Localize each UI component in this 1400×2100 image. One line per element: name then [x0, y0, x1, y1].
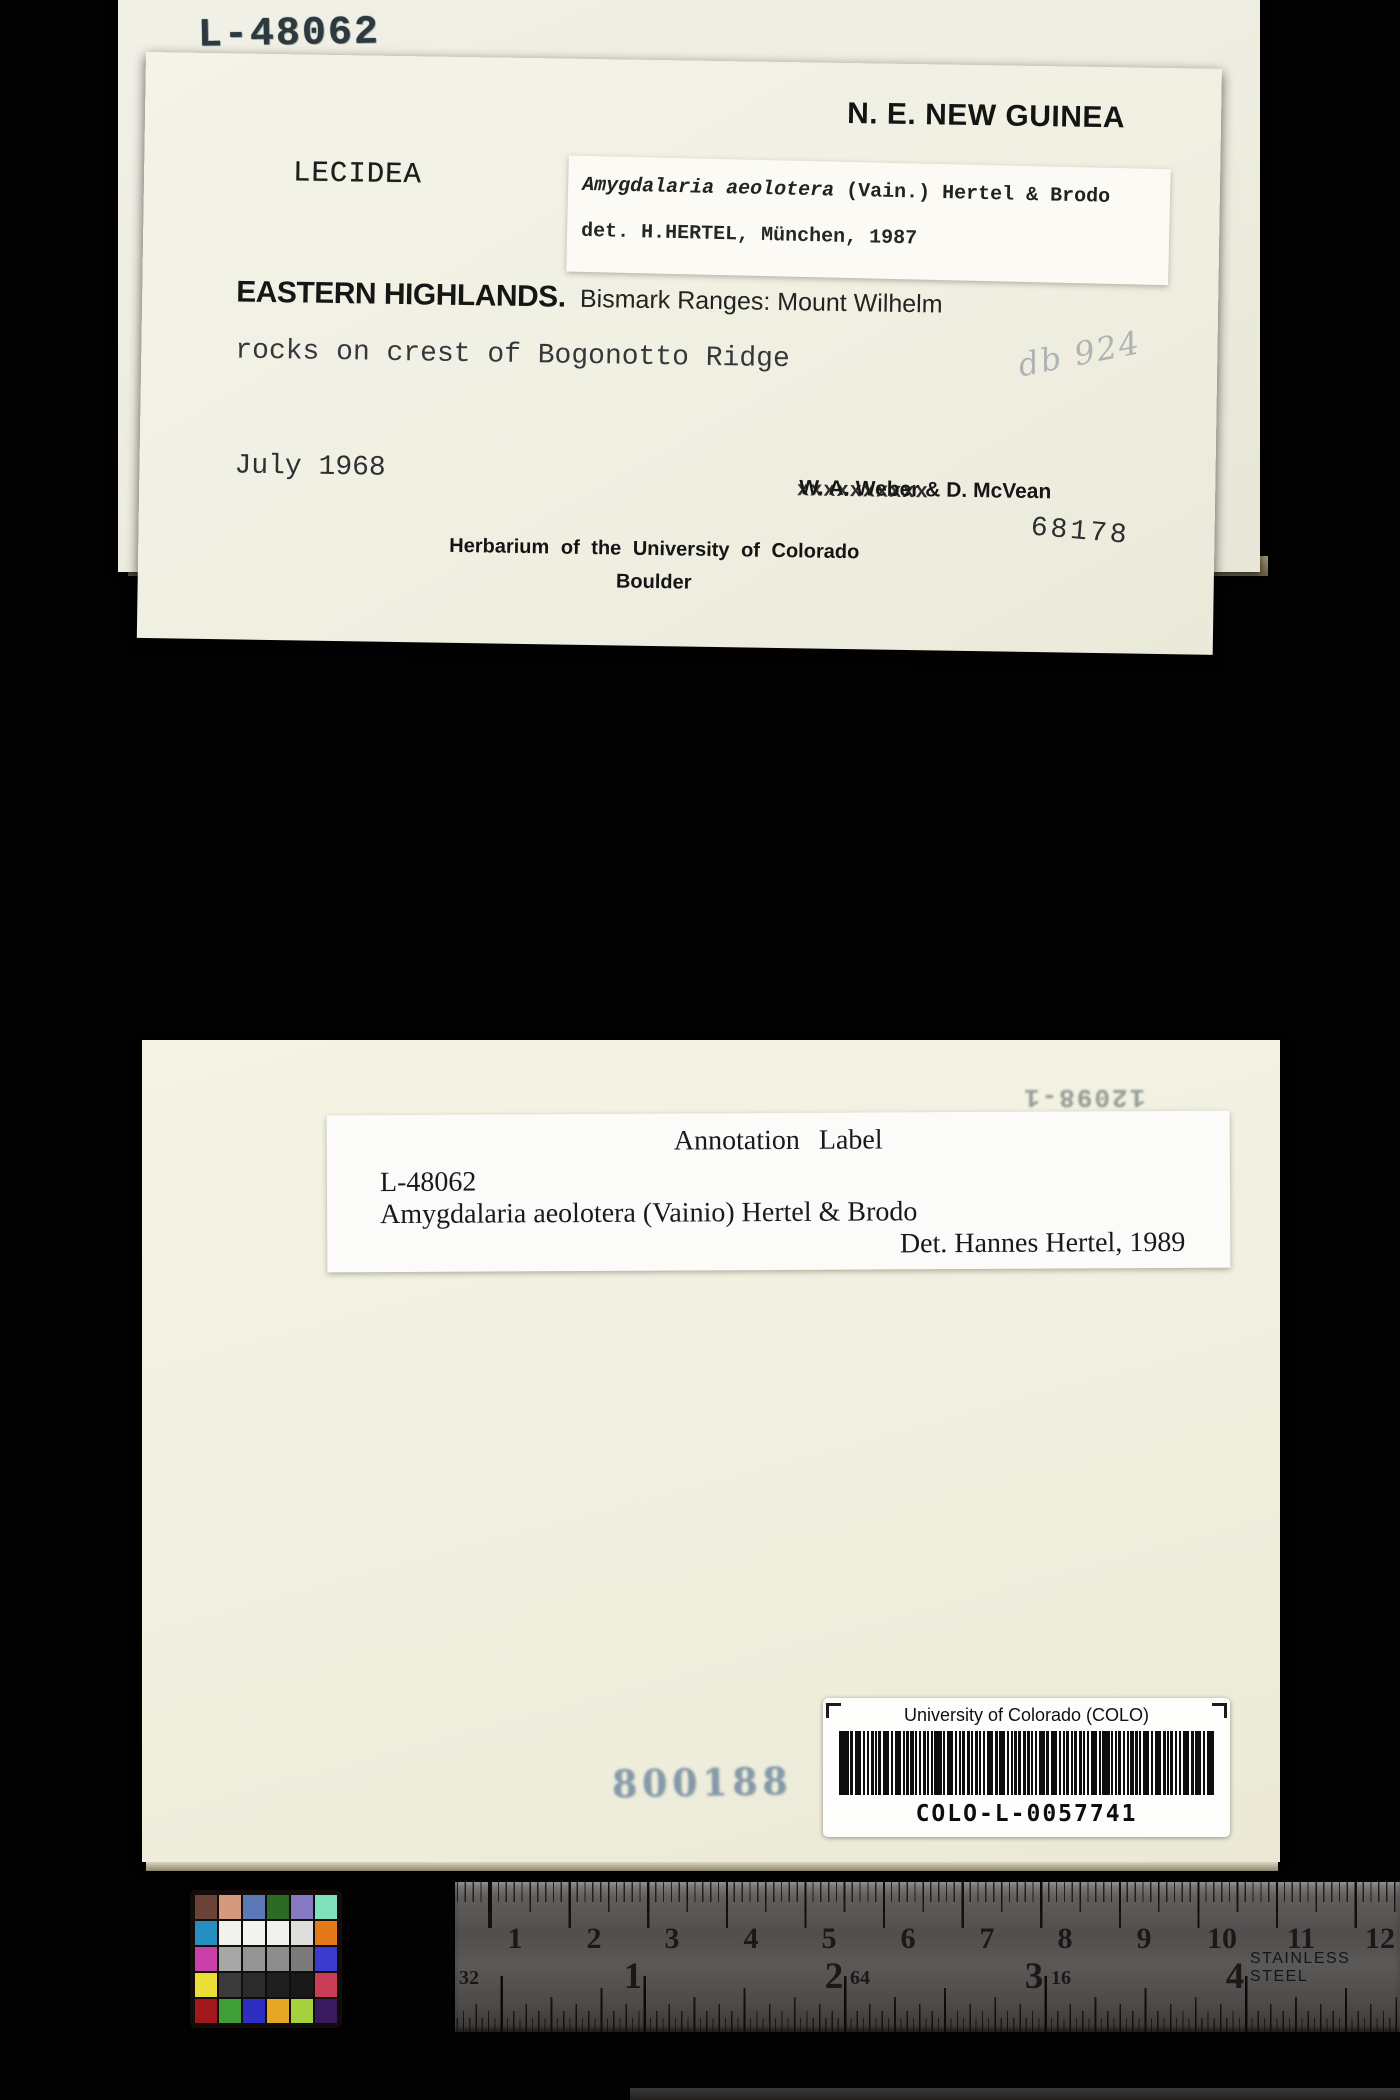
color-swatch — [267, 1999, 289, 2023]
color-swatch — [291, 1947, 313, 1971]
blue-number-stamp: 800188 — [612, 1759, 793, 1806]
color-swatch — [315, 1895, 337, 1919]
pencil-annotation: db 924 — [1015, 323, 1144, 384]
color-swatch — [315, 1947, 337, 1971]
locality-detail: Bismark Ranges: Mount Wilhelm — [580, 285, 943, 319]
color-swatch — [195, 1973, 217, 1997]
color-swatch — [291, 1999, 313, 2023]
det-slip-det-line: det. H.HERTEL, München, 1987 — [581, 220, 917, 251]
ruler-cm-number: 9 — [1124, 1922, 1164, 1956]
object-edge-strip — [630, 2088, 1400, 2100]
collector-line: W. A. Weber xxxxxxxxxx & D. McVean — [799, 476, 1051, 504]
ruler-inch-number: 1 — [608, 1955, 658, 1998]
color-swatch — [267, 1973, 289, 1997]
color-swatch — [243, 1895, 265, 1919]
color-swatch — [291, 1921, 313, 1945]
color-swatch — [195, 1895, 217, 1919]
ruler-cm-number: 1 — [495, 1922, 535, 1956]
ruler-cm-number: 4 — [731, 1922, 771, 1956]
color-swatch — [291, 1973, 313, 1997]
barcode-label: University of Colorado (COLO) COLO-L-005… — [823, 1698, 1230, 1837]
color-swatch — [243, 1999, 265, 2023]
ruler-cm-number: 8 — [1045, 1922, 1085, 1956]
genus-header: LECIDEA — [293, 156, 422, 191]
collector-struck-name: W. A. Weber xxxxxxxxxx — [799, 476, 920, 502]
ruler-cm-number: 3 — [652, 1922, 692, 1956]
det-slip-name-line: Amygdalaria aeolotera (Vain.) Hertel & B… — [582, 174, 1110, 209]
region-header: N. E. NEW GUINEA — [847, 97, 1126, 135]
color-swatch — [243, 1973, 265, 1997]
color-swatch — [219, 1973, 241, 1997]
ruler-frac-label: 64 — [850, 1967, 870, 1990]
ruler-cm-number: 5 — [809, 1922, 849, 1956]
color-swatch — [219, 1895, 241, 1919]
color-swatch — [267, 1947, 289, 1971]
annotation-det-line: Det. Hannes Hertel, 1989 — [900, 1227, 1186, 1260]
ruler-cm-number: 2 — [574, 1922, 614, 1956]
ruler-cm-number: 6 — [888, 1922, 928, 1956]
barcode-stripes — [839, 1731, 1214, 1795]
collector-rest: & D. McVean — [919, 478, 1051, 503]
herbarium-name-line: Herbarium of the University of Colorado — [404, 534, 904, 565]
annotation-title: Annotation Label — [327, 1123, 1230, 1160]
locality-line: EASTERN HIGHLANDS. Bismark Ranges: Mount… — [236, 275, 943, 320]
color-swatch — [315, 1921, 337, 1945]
typed-strikeout: xxxxxxxxxx — [797, 477, 929, 503]
color-swatch — [219, 1999, 241, 2023]
color-swatch — [315, 1973, 337, 1997]
barcode-number: COLO-L-0057741 — [823, 1801, 1230, 1827]
color-swatch — [195, 1921, 217, 1945]
color-swatch — [243, 1921, 265, 1945]
color-swatch — [267, 1895, 289, 1919]
herbarium-specimen-photo: L-48062 N. E. NEW GUINEA LECIDEA Amygdal… — [0, 0, 1400, 2100]
collection-number: 68178 — [1029, 513, 1130, 552]
color-swatch — [195, 1947, 217, 1971]
color-swatch — [219, 1921, 241, 1945]
annotation-card: 12098-1 Annotation Label L-48062 Amygdal… — [142, 1040, 1280, 1862]
color-swatch — [291, 1895, 313, 1919]
ruler-brand-text: STAINLESS STEEL — [1250, 1950, 1400, 1986]
locality-province: EASTERN HIGHLANDS. — [236, 275, 566, 313]
main-specimen-label: N. E. NEW GUINEA LECIDEA Amygdalaria aeo… — [137, 52, 1222, 655]
faint-inverted-stamp: 12098-1 — [1022, 1082, 1145, 1112]
accession-number-stamp: L-48062 — [198, 10, 381, 58]
color-swatch — [243, 1947, 265, 1971]
ruler-cm-number: 7 — [967, 1922, 1007, 1956]
annotation-accession: L-48062 — [380, 1167, 477, 1200]
herbarium-city-line: Boulder — [404, 567, 904, 598]
determination-slip: Amygdalaria aeolotera (Vain.) Hertel & B… — [566, 156, 1170, 286]
ruler-frac-label: 32 — [459, 1967, 479, 1990]
habitat-line: rocks on crest of Bogonotto Ridge — [235, 335, 790, 375]
color-swatch — [195, 1999, 217, 2023]
collection-date: July 1968 — [234, 450, 386, 483]
ruler-cm-number: 10 — [1202, 1922, 1242, 1956]
color-swatch — [315, 1999, 337, 2023]
ruler-frac-label: 16 — [1051, 1967, 1071, 1990]
color-calibration-chart — [190, 1890, 342, 2028]
color-swatch — [267, 1921, 289, 1945]
annotation-label-slip: Annotation Label L-48062 Amygdalaria aeo… — [327, 1111, 1231, 1273]
species-authority: (Vain.) Hertel & Brodo — [834, 180, 1110, 209]
annotation-name-line: Amygdalaria aeolotera (Vainio) Hertel & … — [380, 1196, 917, 1231]
species-name: Amygdalaria aeolotera — [582, 174, 835, 203]
barcode-institution: University of Colorado (COLO) — [823, 1705, 1230, 1726]
color-swatch — [219, 1947, 241, 1971]
stainless-steel-ruler: 1 2 3 4 5 6 7 8 9 10 11 12 1 2 3 4 32 64… — [455, 1882, 1400, 2032]
